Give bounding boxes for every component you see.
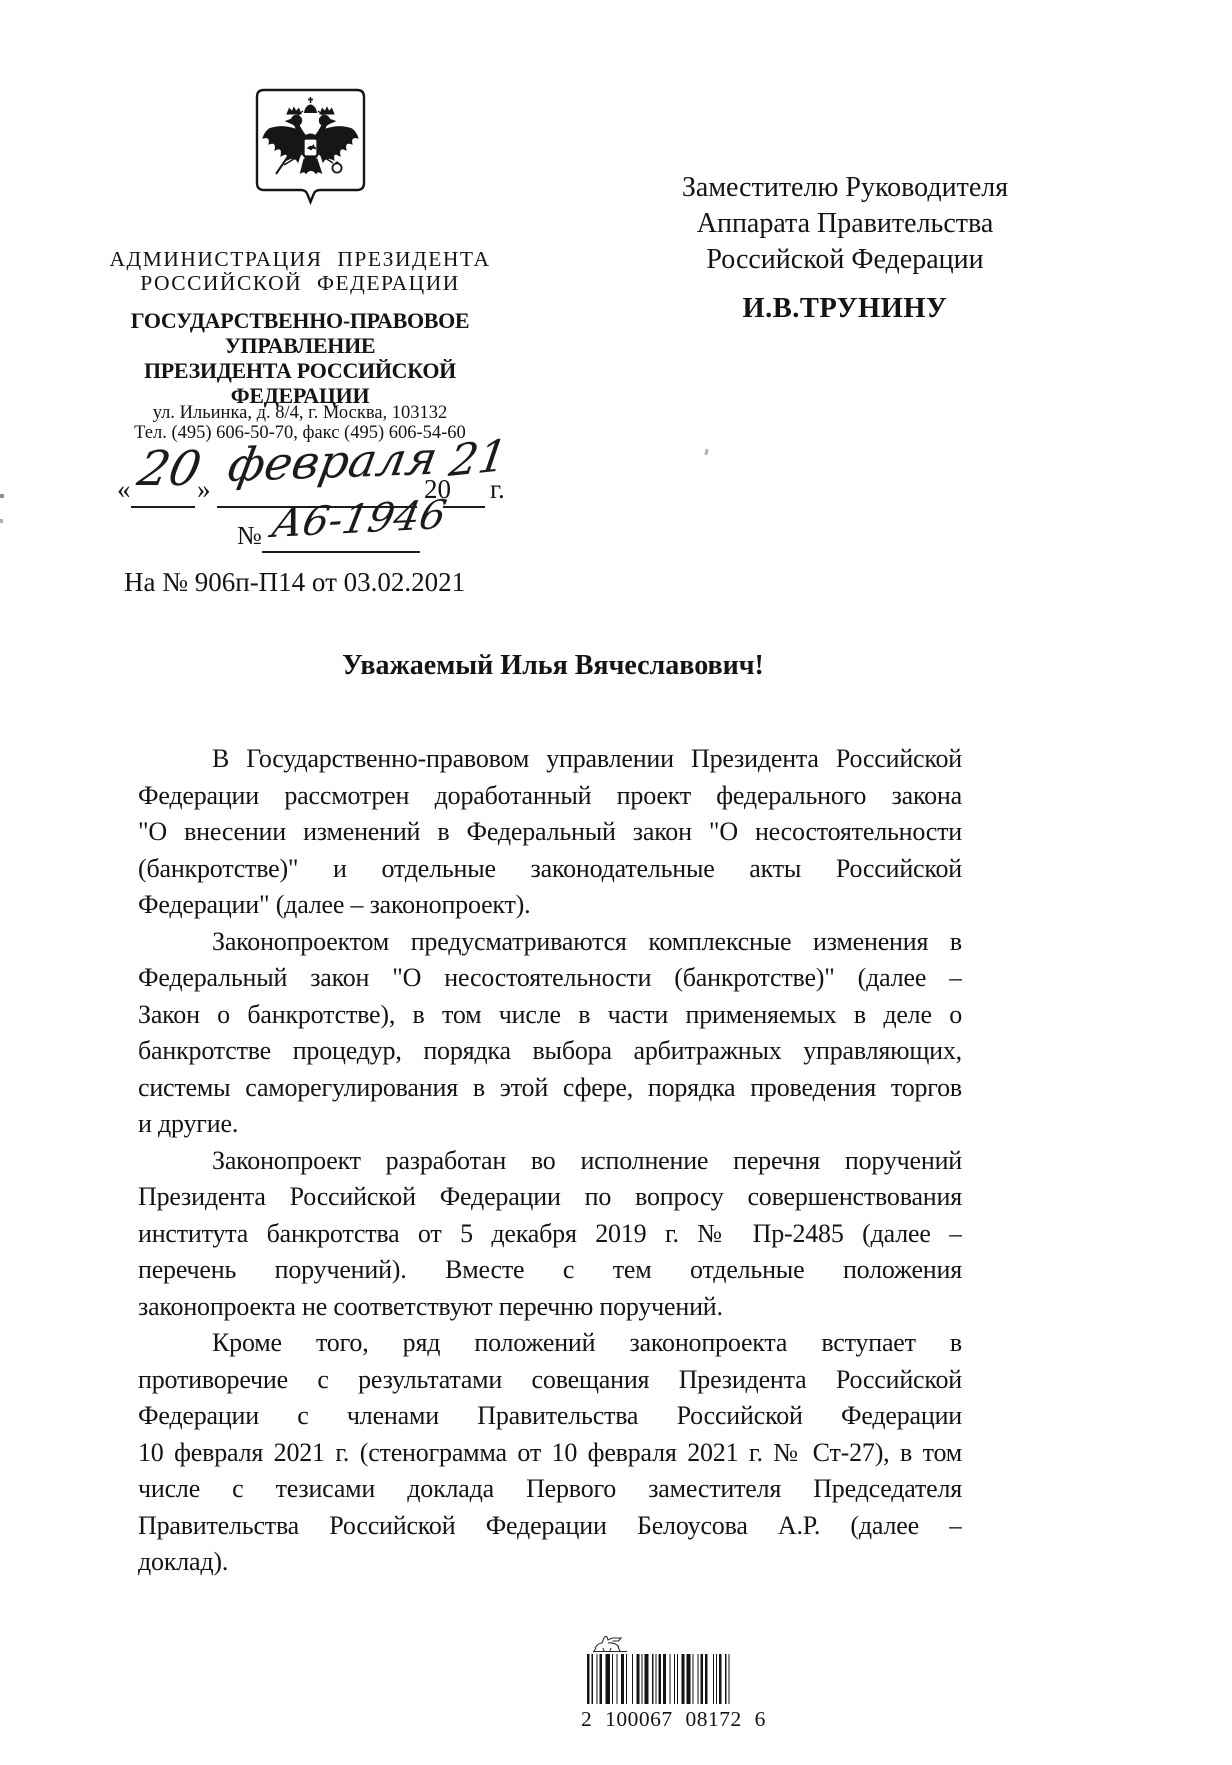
scanned-letter-page: АДМИНИСТРАЦИЯ ПРЕЗИДЕНТА РОССИЙСКОЙ ФЕДЕ…: [0, 0, 1232, 1765]
scan-artifact-tick: [0, 494, 4, 498]
body-line: Законопроектом предусматриваются комплек…: [138, 924, 962, 961]
org-name-block: АДМИНИСТРАЦИЯ ПРЕЗИДЕНТА РОССИЙСКОЙ ФЕДЕ…: [100, 247, 500, 295]
body-line: института банкротства от 5 декабря 2019 …: [138, 1216, 962, 1253]
barcode-bars: [587, 1654, 733, 1704]
russian-coat-of-arms-icon: [254, 88, 367, 208]
body-line: 10 февраля 2021 г. (стенограмма от 10 фе…: [138, 1435, 962, 1472]
body-line: противоречие с результатами совещания Пр…: [138, 1362, 962, 1399]
body-line: В Государственно-правовом управлении Пре…: [138, 741, 962, 778]
handwritten-month: февраля: [224, 431, 442, 492]
scan-artifact-tick: [0, 519, 3, 523]
department-line2: УПРАВЛЕНИЕ: [100, 333, 500, 358]
body-line: системы саморегулирования в этой сфере, …: [138, 1070, 962, 1107]
department-name-block: ГОСУДАРСТВЕННО-ПРАВОВОЕ УПРАВЛЕНИЕ ПРЕЗИ…: [100, 308, 500, 408]
body-line: Законопроект разработан во исполнение пе…: [138, 1143, 962, 1180]
body-line: и другие.: [138, 1106, 962, 1143]
reference-line: На № 906п-П14 от 03.02.2021: [124, 567, 465, 598]
recipient-block: Заместителю Руководителя Аппарата Правит…: [635, 170, 1055, 278]
body-line: законопроекта не соответствуют перечню п…: [138, 1289, 962, 1326]
body-line: перечень поручений). Вместе с тем отдель…: [138, 1252, 962, 1289]
salutation: Уважаемый Илья Вячеславович!: [148, 650, 958, 682]
address-line1: ул. Ильинка, д. 8/4, г. Москва, 103132: [100, 404, 500, 424]
body-line: Федерации рассмотрен доработанный проект…: [138, 778, 962, 815]
body-line: Федеральный закон "О несостоятельности (…: [138, 960, 962, 997]
body-line: "О внесении изменений в Федеральный зако…: [138, 814, 962, 851]
handwritten-number: А6-1946: [268, 492, 450, 547]
handwritten-day: 20: [133, 441, 206, 497]
recipient-line2: Аппарата Правительства: [635, 206, 1055, 242]
department-line3: ПРЕЗИДЕНТА РОССИЙСКОЙ ФЕДЕРАЦИИ: [100, 358, 500, 408]
body-line: банкротстве процедур, порядка выбора арб…: [138, 1033, 962, 1070]
scan-artifact-dot: [704, 449, 708, 456]
year-suffix: г.: [490, 474, 505, 505]
department-line1: ГОСУДАРСТВЕННО-ПРАВОВОЕ: [100, 308, 500, 333]
recipient-name: И.В.ТРУНИНУ: [635, 293, 1055, 325]
org-name-line1: АДМИНИСТРАЦИЯ ПРЕЗИДЕНТА: [100, 247, 500, 271]
body-line: Кроме того, ряд положений законопроекта …: [138, 1325, 962, 1362]
body-line: Федерации" (далее – законопроект).: [138, 887, 962, 924]
letter-body: В Государственно-правовом управлении Пре…: [138, 741, 962, 1581]
body-line: Президента Российской Федерации по вопро…: [138, 1179, 962, 1216]
body-line: (банкротстве)" и отдельные законодательн…: [138, 851, 962, 888]
barcode-digits: 2 100067 08172 6: [581, 1707, 741, 1732]
year-underline: [443, 506, 485, 508]
org-name-line2: РОССИЙСКОЙ ФЕДЕРАЦИИ: [100, 271, 500, 295]
number-label: №: [237, 521, 262, 551]
recipient-line1: Заместителю Руководителя: [635, 170, 1055, 206]
date-close-quote: »: [197, 474, 211, 505]
horseman-stamp-icon: [591, 1634, 629, 1652]
body-line: числе с тезисами доклада Первого замести…: [138, 1471, 962, 1508]
day-underline: [131, 506, 195, 508]
body-line: Правительства Российской Федерации Белоу…: [138, 1508, 962, 1545]
body-line: доклад).: [138, 1544, 962, 1581]
body-line: Федерации с членами Правительства Россий…: [138, 1398, 962, 1435]
date-open-quote: «: [117, 474, 131, 505]
recipient-line3: Российской Федерации: [635, 242, 1055, 278]
body-line: Закон о банкротстве), в том числе в част…: [138, 997, 962, 1034]
number-underline: [262, 551, 420, 553]
